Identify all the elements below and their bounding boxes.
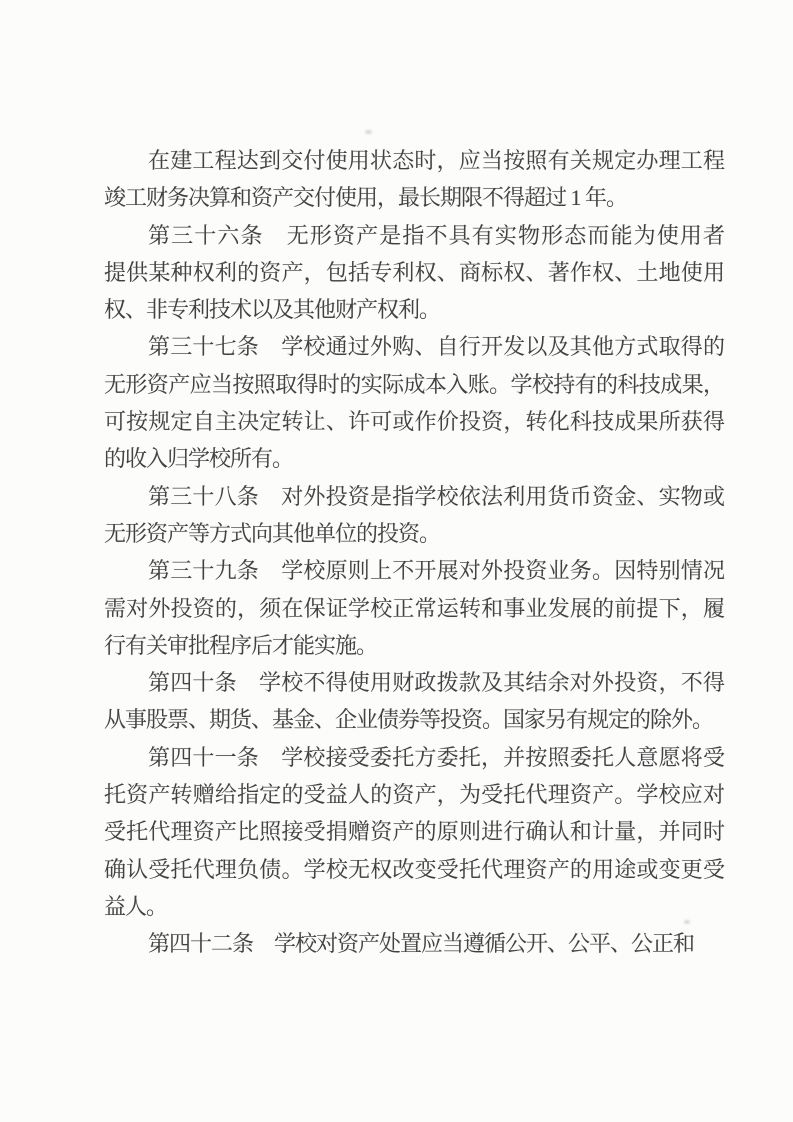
text-line: 无形资产应当按照取得时的实际成本入账。学校持有的科技成果， [104, 366, 724, 403]
paragraph: 第四十条 学校不得使用财政拨款及其结余对外投资，不得从事股票、期货、基金、企业债… [104, 664, 724, 739]
text-line: 的收入归学校所有。 [104, 440, 724, 477]
text-line: 托资产转赠给指定的受益人的资产，为受托代理资产。学校应对 [104, 776, 724, 813]
text-line: 可按规定自主决定转让、许可或作价投资，转化科技成果所获得 [104, 403, 724, 440]
text-line: 第四十一条 学校接受委托方委托，并按照委托人意愿将受 [104, 739, 724, 776]
text-line: 益人。 [104, 888, 724, 925]
text-line: 第四十二条 学校对资产处置应当遵循公开、公平、公正和 [104, 925, 724, 962]
text-block: 在建工程达到交付使用状态时，应当按照有关规定办理工程竣工财务决算和资产交付使用，… [104, 142, 724, 963]
text-line: 第四十条 学校不得使用财政拨款及其结余对外投资，不得 [104, 664, 724, 701]
text-line: 第三十九条 学校原则上不开展对外投资业务。因特别情况 [104, 552, 724, 589]
paragraph: 第四十一条 学校接受委托方委托，并按照委托人意愿将受托资产转赠给指定的受益人的资… [104, 739, 724, 925]
scan-smudge [684, 920, 690, 924]
paragraph: 第三十八条 对外投资是指学校依法利用货币资金、实物或无形资产等方式向其他单位的投… [104, 478, 724, 553]
text-line: 权、非专利技术以及其他财产权利。 [104, 291, 724, 328]
scan-smudge [365, 130, 372, 134]
text-line: 需对外投资的，须在保证学校正常运转和事业发展的前提下，履 [104, 590, 724, 627]
text-line: 在建工程达到交付使用状态时，应当按照有关规定办理工程 [104, 142, 724, 179]
text-line: 竣工财务决算和资产交付使用，最长期限不得超过 1 年。 [104, 179, 724, 216]
text-line: 第三十八条 对外投资是指学校依法利用货币资金、实物或 [104, 478, 724, 515]
paragraph: 在建工程达到交付使用状态时，应当按照有关规定办理工程竣工财务决算和资产交付使用，… [104, 142, 724, 217]
paragraph: 第三十六条 无形资产是指不具有实物形态而能为使用者提供某种权利的资产，包括专利权… [104, 217, 724, 329]
text-line: 第三十七条 学校通过外购、自行开发以及其他方式取得的 [104, 328, 724, 365]
text-line: 无形资产等方式向其他单位的投资。 [104, 515, 724, 552]
document-page: 在建工程达到交付使用状态时，应当按照有关规定办理工程竣工财务决算和资产交付使用，… [0, 0, 793, 1122]
paragraph: 第三十九条 学校原则上不开展对外投资业务。因特别情况需对外投资的，须在保证学校正… [104, 552, 724, 664]
paragraph: 第三十七条 学校通过外购、自行开发以及其他方式取得的无形资产应当按照取得时的实际… [104, 328, 724, 477]
text-line: 确认受托代理负债。学校无权改变受托代理资产的用途或变更受 [104, 851, 724, 888]
text-line: 行有关审批程序后才能实施。 [104, 627, 724, 664]
paragraph: 第四十二条 学校对资产处置应当遵循公开、公平、公正和 [104, 925, 724, 962]
text-line: 提供某种权利的资产，包括专利权、商标权、著作权、土地使用 [104, 254, 724, 291]
text-line: 第三十六条 无形资产是指不具有实物形态而能为使用者 [104, 217, 724, 254]
text-line: 从事股票、期货、基金、企业债券等投资。国家另有规定的除外。 [104, 701, 724, 738]
text-line: 受托代理资产比照接受捐赠资产的原则进行确认和计量，并同时 [104, 813, 724, 850]
